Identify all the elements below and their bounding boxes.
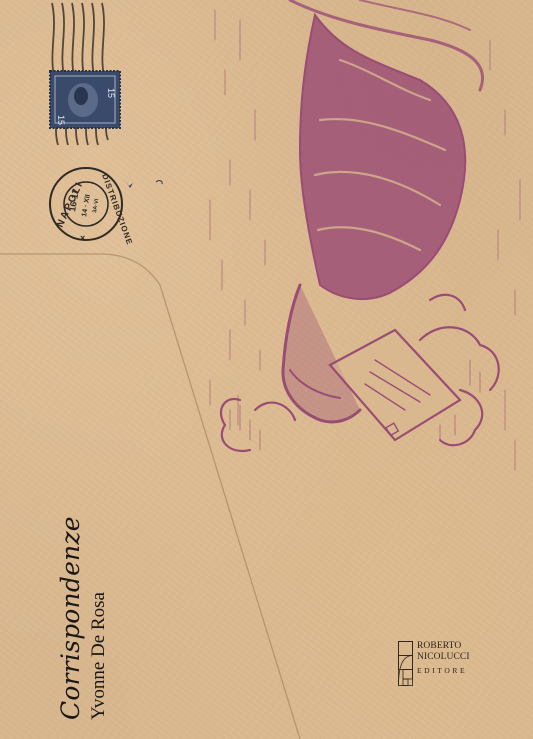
publisher-logo: ROBERTO NICOLUCCI EDITORE	[398, 641, 470, 686]
book-author: Yvonne De Rosa	[88, 516, 110, 720]
title-block: Corrispondenze Yvonne De Rosa	[56, 516, 110, 720]
publisher-name-line2: NICOLUCCI	[417, 652, 470, 663]
book-title: Corrispondenze	[56, 516, 86, 720]
golden-ratio-icon	[398, 641, 413, 686]
publisher-name-line3: EDITORE	[417, 665, 470, 676]
svg-text:3A·VI: 3A·VI	[92, 198, 100, 213]
svg-text:×: ×	[80, 233, 85, 243]
book-cover: 15 15 NAPOLI DISTRIBUZIONE 16-17 14 · XI…	[0, 0, 533, 739]
publisher-name-line1: ROBERTO	[417, 641, 470, 652]
svg-text:14 · XII: 14 · XII	[81, 194, 92, 217]
